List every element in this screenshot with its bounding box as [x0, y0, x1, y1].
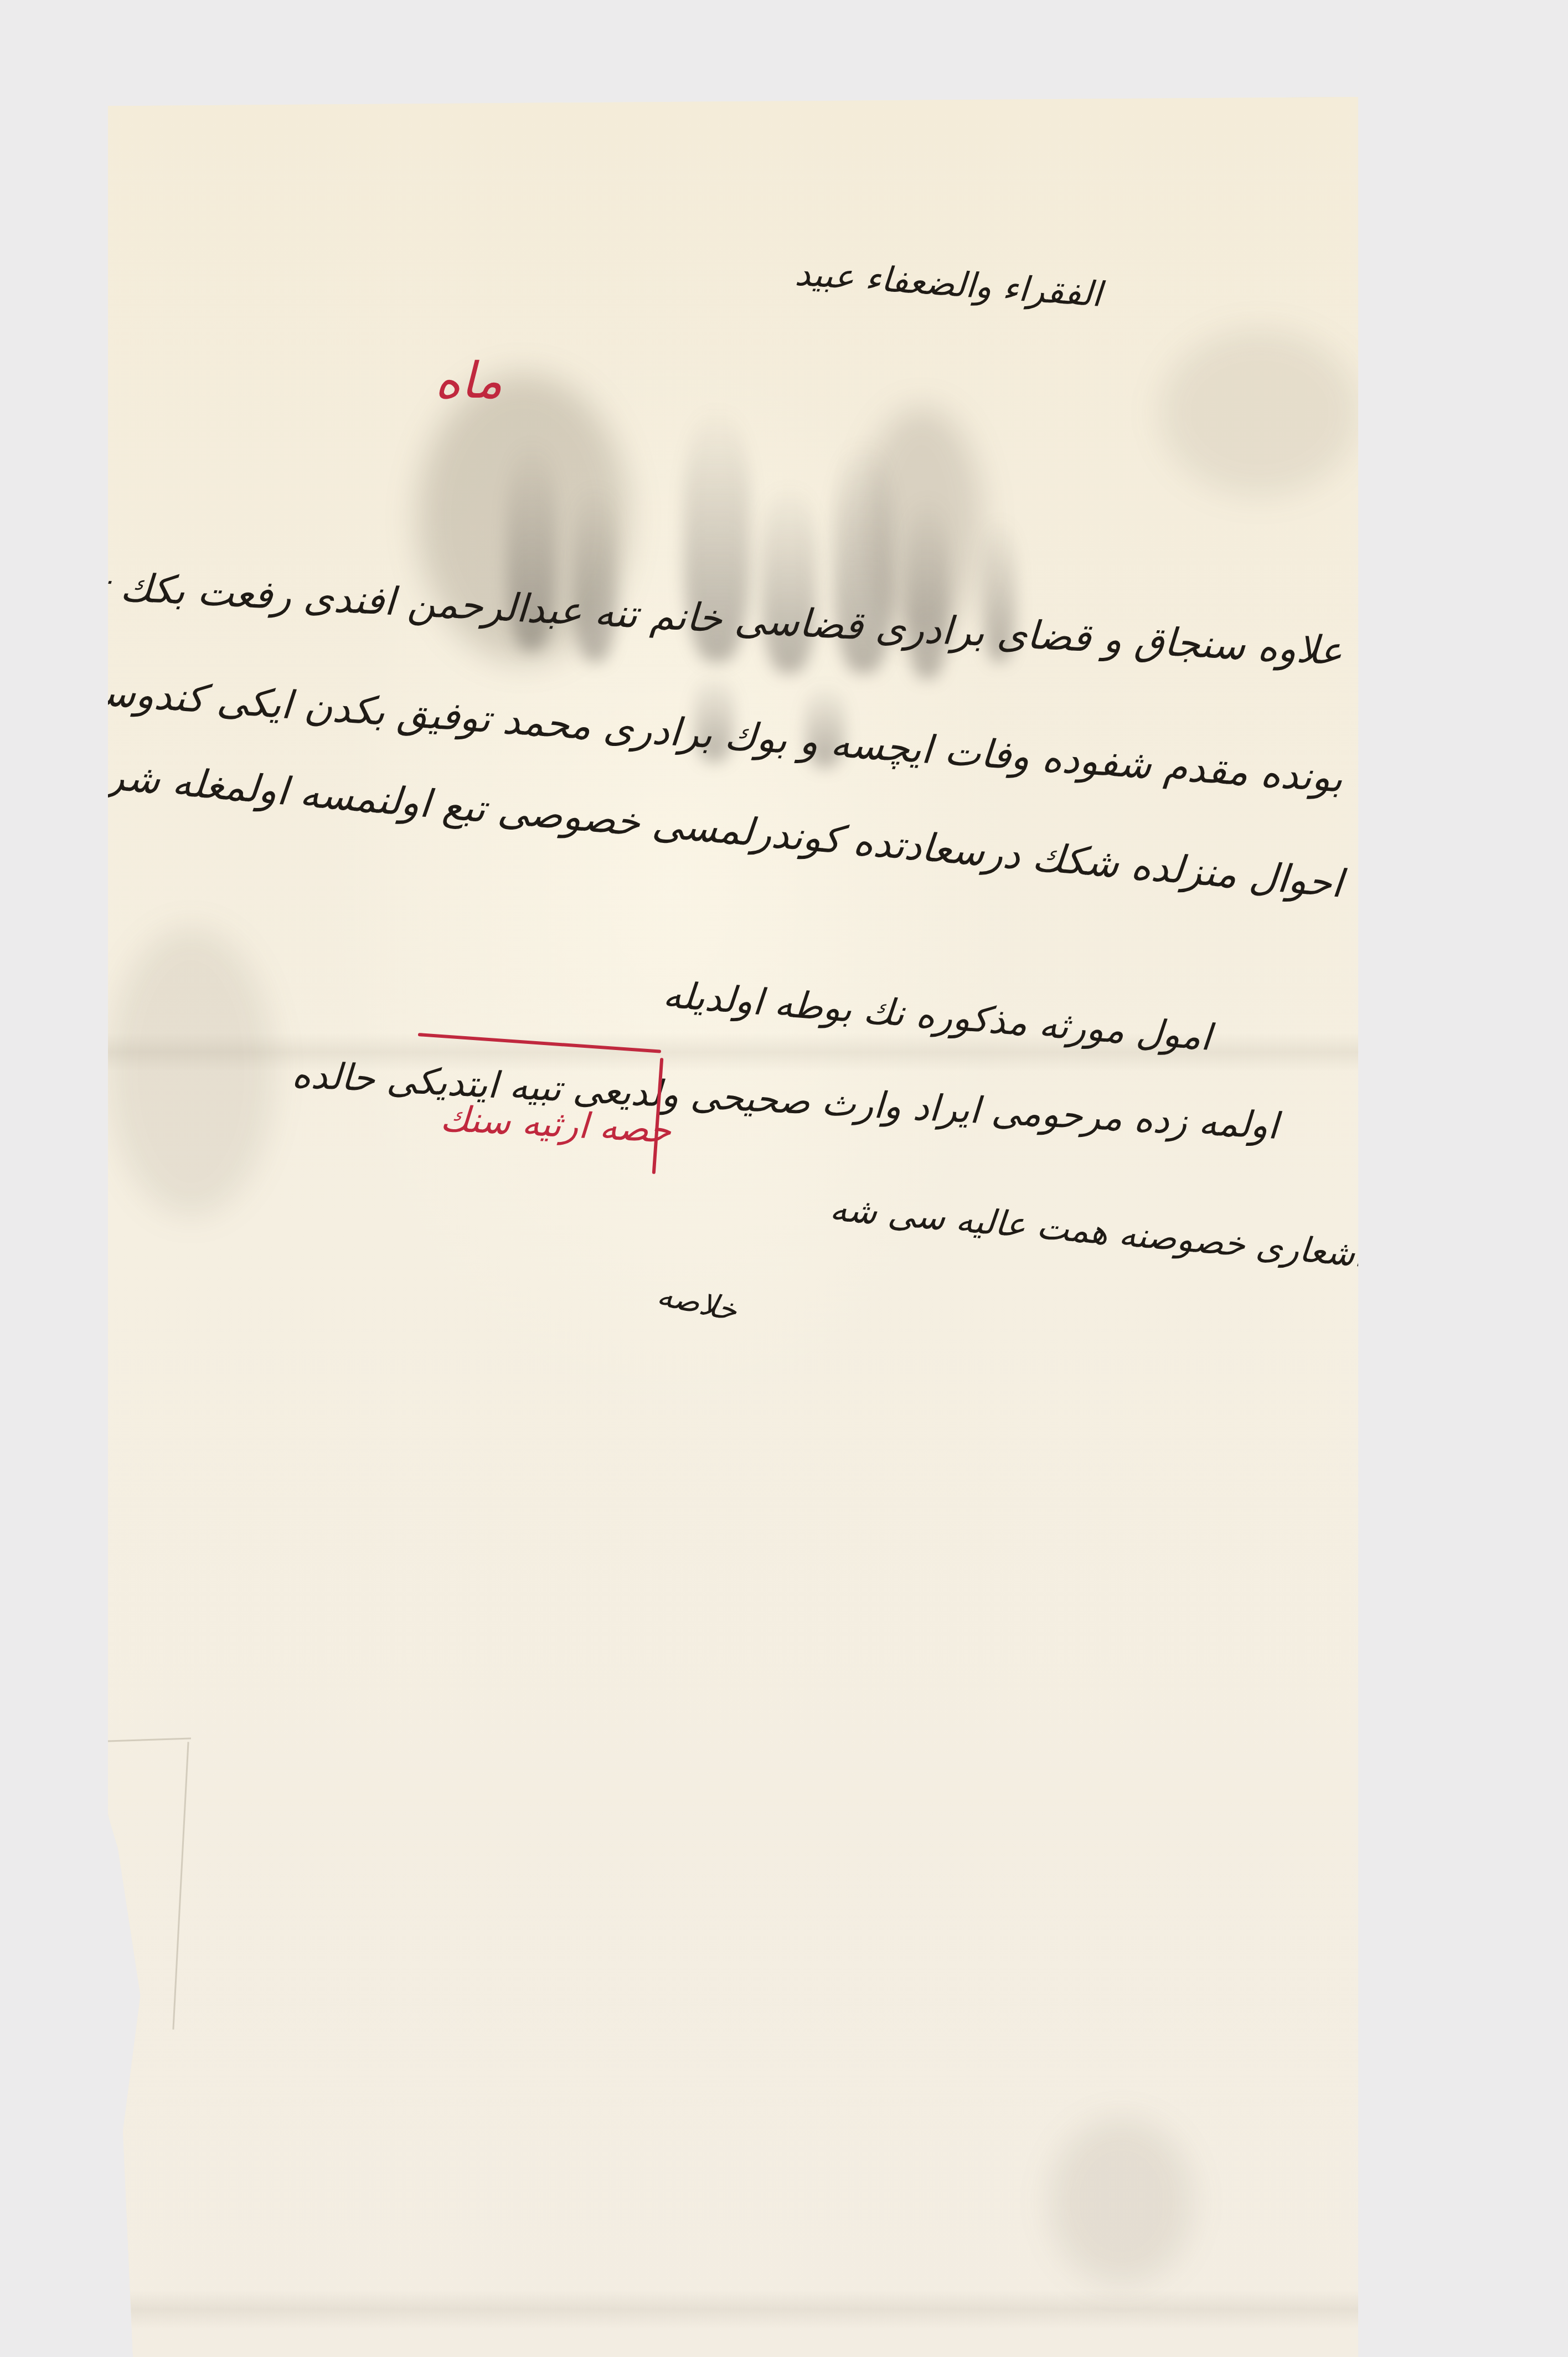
- red-seal-mark: ماه: [435, 352, 503, 410]
- ink-smudge: [1049, 2118, 1193, 2284]
- document-paper: الفقراء والضعفاء عبيد ماه علاوه سنجاق و …: [108, 97, 1358, 2357]
- ink-smudge: [108, 928, 274, 1216]
- ink-smudge: [1160, 330, 1358, 496]
- fold-line: [108, 2290, 1358, 2329]
